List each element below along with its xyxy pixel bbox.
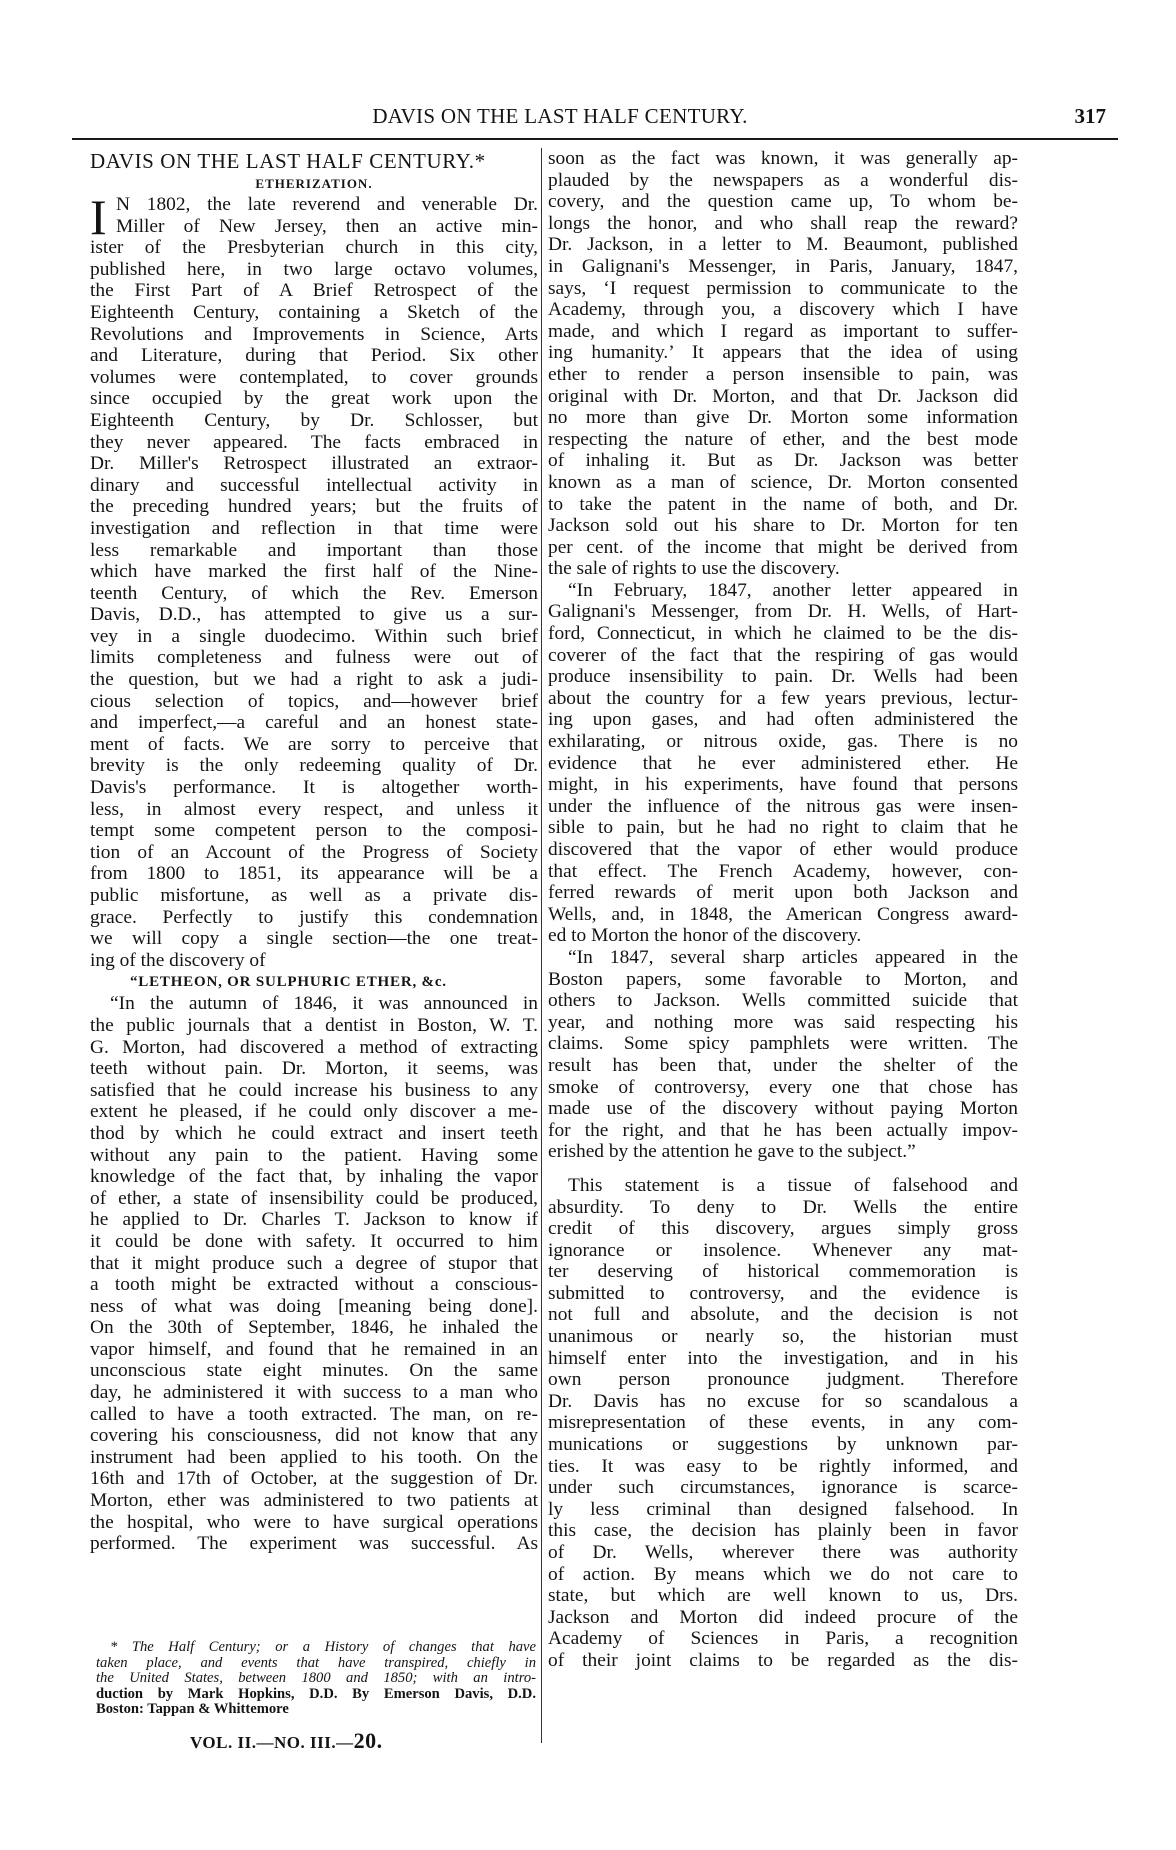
- text-line: erished by the attention he gave to the …: [548, 1141, 1018, 1163]
- text-line: no more than give Dr. Morton some inform…: [548, 407, 1018, 429]
- text-line: under the influence of the nitrous gas w…: [548, 796, 1018, 818]
- text-line: Dr. Davis has no excuse for so scandalou…: [548, 1391, 1018, 1413]
- text-line: investigation and reflection in that tim…: [90, 518, 538, 540]
- text-line: unanimous or nearly so, the historian mu…: [548, 1326, 1018, 1348]
- footnote: * The Half Century; or a History of chan…: [96, 1640, 536, 1718]
- text-line: they never appeared. The facts embraced …: [90, 432, 538, 454]
- text-line: per cent. of the income that might be de…: [548, 537, 1018, 559]
- quoted-paragraph-1847: “In 1847, several sharp articles appeare…: [548, 947, 1018, 1163]
- text-line: On the 30th of September, 1846, he inhal…: [90, 1317, 538, 1339]
- text-line: sible to pain, but he had no right to cl…: [548, 817, 1018, 839]
- intro-paragraph: ister of the Presbyterian church in this…: [90, 237, 538, 971]
- text-line: discovered that the vapor of ether would…: [548, 839, 1018, 861]
- text-line: year, and nothing more was said respecti…: [548, 1012, 1018, 1034]
- text-line: volumes were contemplated, to cover grou…: [90, 367, 538, 389]
- text-line: ter deserving of historical commemoratio…: [548, 1261, 1018, 1283]
- text-line: “In 1847, several sharp articles appeare…: [548, 947, 1018, 969]
- text-line: not full and absolute, and the decision …: [548, 1304, 1018, 1326]
- text-line: covering his consciousness, did not know…: [90, 1425, 538, 1447]
- spacer: [548, 1163, 1018, 1175]
- text-line: smoke of controversy, every one that cho…: [548, 1077, 1018, 1099]
- footnote-line: duction by Mark Hopkins, D.D. By Emerson…: [96, 1687, 536, 1703]
- text-line: of Dr. Wells, wherever there was authori…: [548, 1542, 1018, 1564]
- text-line: vey in a single duodecimo. Within such b…: [90, 626, 538, 648]
- text-line: ness of what was doing [meaning being do…: [90, 1296, 538, 1318]
- text-line: the sale of rights to use the discovery.: [548, 558, 1018, 580]
- text-line: satisfied that he could increase his bus…: [90, 1080, 538, 1102]
- running-title: DAVIS ON THE LAST HALF CENTURY.: [60, 104, 1060, 129]
- text-line: covery, and the question came up, To who…: [548, 191, 1018, 213]
- text-line: 16th and 17th of October, at the suggest…: [90, 1468, 538, 1490]
- text-line: respecting the nature of ether, and the …: [548, 429, 1018, 451]
- text-line: ing of the discovery of: [90, 950, 538, 972]
- text-line: day, he administered it with success to …: [90, 1382, 538, 1404]
- text-line: since occupied by the great work upon th…: [90, 388, 538, 410]
- quoted-section-heading: “LETHEON, OR SULPHURIC ETHER, &c.: [90, 971, 538, 993]
- text-line: ties. It was easy to be rightly informed…: [548, 1456, 1018, 1478]
- text-line: and Literature, during that Period. Six …: [90, 345, 538, 367]
- header-rule: [72, 138, 1118, 140]
- text-line: ether to render a person insensible to p…: [548, 364, 1018, 386]
- footnote-line: taken place, and events that have transp…: [96, 1656, 536, 1672]
- text-line: teeth without pain. Dr. Morton, it seems…: [90, 1058, 538, 1080]
- text-line: ed to Morton the honor of the discovery.: [548, 925, 1018, 947]
- text-line: made use of the discovery without paying…: [548, 1098, 1018, 1120]
- text-line: might, in his experiments, have found th…: [548, 774, 1018, 796]
- text-line: longs the honor, and who shall reap the …: [548, 213, 1018, 235]
- text-line: Boston papers, some favorable to Morton,…: [548, 969, 1018, 991]
- text-line: the preceding hundred years; but the fru…: [90, 496, 538, 518]
- text-line: published here, in two large octavo volu…: [90, 259, 538, 281]
- text-line: the public journals that a dentist in Bo…: [90, 1015, 538, 1037]
- text-line: himself enter into the investigation, an…: [548, 1348, 1018, 1370]
- text-line: This statement is a tissue of falsehood …: [548, 1175, 1018, 1197]
- text-line: under such circumstances, ignorance is s…: [548, 1477, 1018, 1499]
- page-number: 317: [1075, 104, 1107, 129]
- text-line: soon as the fact was known, it was gener…: [548, 148, 1018, 170]
- text-line: that it might produce such a degree of s…: [90, 1253, 538, 1275]
- text-line: cious selection of topics, and—however b…: [90, 691, 538, 713]
- text-line: says, ‘I request permission to communica…: [548, 278, 1018, 300]
- text-line: in Galignani's Messenger, in Paris, Janu…: [548, 256, 1018, 278]
- text-line: this case, the decision has plainly been…: [548, 1520, 1018, 1542]
- text-line: he applied to Dr. Charles T. Jackson to …: [90, 1209, 538, 1231]
- text-line: ly less criminal than designed falsehood…: [548, 1499, 1018, 1521]
- text-line: ister of the Presbyterian church in this…: [90, 237, 538, 259]
- text-line: we will copy a single section—the one tr…: [90, 928, 538, 950]
- text-line: that effect. The French Academy, however…: [548, 861, 1018, 883]
- footnote-line: Boston: Tappan & Whittemore: [96, 1702, 536, 1718]
- text-line: ing upon gases, and had often administer…: [548, 709, 1018, 731]
- text-line: grace. Perfectly to justify this condemn…: [90, 907, 538, 929]
- quoted-passage: “In the autumn of 1846, it was announced…: [90, 993, 538, 1554]
- text-line: for the right, and that he has been actu…: [548, 1120, 1018, 1142]
- text-line: Wells, and, in 1848, the American Congre…: [548, 904, 1018, 926]
- section-heading: ETHERIZATION.: [90, 174, 538, 194]
- text-line: brevity is the only redeeming quality of…: [90, 755, 538, 777]
- text-line: Academy, through you, a discovery which …: [548, 299, 1018, 321]
- text-line: Eighteenth Century, by Dr. Schlosser, bu…: [90, 410, 538, 432]
- text-line: evidence that he ever administered ether…: [548, 753, 1018, 775]
- text-line: thod by which he could extract and inser…: [90, 1123, 538, 1145]
- text-line: exhilarating, or nitrous oxide, gas. The…: [548, 731, 1018, 753]
- signature-sheet: 20.: [354, 1728, 383, 1753]
- text-line: performed. The experiment was successful…: [90, 1533, 538, 1555]
- text-line: Davis, D.D., has attempted to give us a …: [90, 604, 538, 626]
- text-line: extent he pleased, if he could only disc…: [90, 1101, 538, 1123]
- text-line: of ether, a state of insensibility could…: [90, 1188, 538, 1210]
- text-line: misrepresentation of these events, in an…: [548, 1412, 1018, 1434]
- text-line: ignorance or insolence. Whenever any mat…: [548, 1240, 1018, 1262]
- text-line: ford, Connecticut, in which he claimed t…: [548, 623, 1018, 645]
- text-line: dinary and successful intellectual activ…: [90, 475, 538, 497]
- text-line: Morton, ether was administered to two pa…: [90, 1490, 538, 1512]
- dropcap-letter: I: [90, 196, 107, 238]
- text-line: known as a man of science, Dr. Morton co…: [548, 472, 1018, 494]
- text-line: G. Morton, had discovered a method of ex…: [90, 1037, 538, 1059]
- text-line: less remarkable and important than those: [90, 540, 538, 562]
- text-line: of inhaling it. But as Dr. Jackson was b…: [548, 450, 1018, 472]
- text-line: tion of an Account of the Progress of So…: [90, 842, 538, 864]
- text-line: tempt some competent person to the compo…: [90, 820, 538, 842]
- text-line: “In the autumn of 1846, it was announced…: [90, 993, 538, 1015]
- text-line: coverer of the fact that the respiring o…: [548, 645, 1018, 667]
- text-line: the question, but we had a right to ask …: [90, 669, 538, 691]
- text-line: Jackson and Morton did indeed procure of…: [548, 1607, 1018, 1629]
- text-line: produce insensibility to pain. Dr. Wells…: [548, 666, 1018, 688]
- text-line: limits completeness and fulness were out…: [90, 647, 538, 669]
- text-line: to take the patent in the name of both, …: [548, 494, 1018, 516]
- signature-prefix: VOL. II.—NO. III.—: [190, 1733, 354, 1752]
- text-line: about the country for a few years previo…: [548, 688, 1018, 710]
- commentary-paragraph: This statement is a tissue of falsehood …: [548, 1175, 1018, 1672]
- text-line: Davis's performance. It is altogether wo…: [90, 777, 538, 799]
- text-line: from 1800 to 1851, its appearance will b…: [90, 863, 538, 885]
- text-line: result has been that, under the shelter …: [548, 1055, 1018, 1077]
- text-line: called to have a tooth extracted. The ma…: [90, 1404, 538, 1426]
- text-line: which have marked the first half of the …: [90, 561, 538, 583]
- text-line: submitted to controversy, and the eviden…: [548, 1283, 1018, 1305]
- text-line: Eighteenth Century, containing a Sketch …: [90, 302, 538, 324]
- running-head: DAVIS ON THE LAST HALF CENTURY. 317: [60, 104, 1120, 134]
- left-column: DAVIS ON THE LAST HALF CENTURY.* ETHERIZ…: [90, 148, 538, 1555]
- text-line: own person pronounce judgment. Therefore: [548, 1369, 1018, 1391]
- text-line: claims. Some spicy pamphlets were writte…: [548, 1033, 1018, 1055]
- text-line: the First Part of A Brief Retrospect of …: [90, 280, 538, 302]
- text-line: Dr. Miller's Retrospect illustrated an e…: [90, 453, 538, 475]
- dropcap-paragraph: I N 1802, the late reverend and venerabl…: [90, 194, 538, 237]
- footnote-line: the United States, between 1800 and 1850…: [96, 1671, 536, 1687]
- text-line: less, in almost every respect, and unles…: [90, 799, 538, 821]
- text-line: N 1802, the late reverend and venerable …: [90, 194, 538, 216]
- text-line: the hospital, who were to have surgical …: [90, 1512, 538, 1534]
- signature-mark: VOL. II.—NO. III.—20.: [190, 1728, 383, 1754]
- text-line: vapor himself, and found that he remaine…: [90, 1339, 538, 1361]
- text-line: Dr. Jackson, in a letter to M. Beaumont,…: [548, 234, 1018, 256]
- text-line: Galignani's Messenger, from Dr. H. Wells…: [548, 601, 1018, 623]
- text-line: Academy of Sciences in Paris, a recognit…: [548, 1628, 1018, 1650]
- dropcap-lines: N 1802, the late reverend and venerable …: [90, 194, 538, 237]
- text-line: Revolutions and Improvements in Science,…: [90, 324, 538, 346]
- quoted-passage-continued: soon as the fact was known, it was gener…: [548, 148, 1018, 580]
- text-line: original with Dr. Morton, and that Dr. J…: [548, 386, 1018, 408]
- text-line: plauded by the newspapers as a wonderful…: [548, 170, 1018, 192]
- text-line: made, and which I regard as important to…: [548, 321, 1018, 343]
- text-line: of action. By means which we do not care…: [548, 1564, 1018, 1586]
- text-line: “In February, 1847, another letter appea…: [548, 580, 1018, 602]
- text-line: of their joint claims to be regarded as …: [548, 1650, 1018, 1672]
- right-column: soon as the fact was known, it was gener…: [548, 148, 1018, 1672]
- text-line: without any pain to the patient. Having …: [90, 1145, 538, 1167]
- text-line: state, but which are well known to us, D…: [548, 1585, 1018, 1607]
- text-line: Jackson sold out his share to Dr. Morton…: [548, 515, 1018, 537]
- text-line: and imperfect,—a careful and an honest s…: [90, 712, 538, 734]
- text-line: unconscious state eight minutes. On the …: [90, 1360, 538, 1382]
- footnote-line: * The Half Century; or a History of chan…: [96, 1640, 536, 1656]
- text-line: absurdity. To deny to Dr. Wells the enti…: [548, 1197, 1018, 1219]
- text-line: munications or suggestions by unknown pa…: [548, 1434, 1018, 1456]
- text-line: it could be done with safety. It occurre…: [90, 1231, 538, 1253]
- article-title: DAVIS ON THE LAST HALF CENTURY.*: [90, 148, 538, 174]
- text-line: ferred rewards of merit upon both Jackso…: [548, 882, 1018, 904]
- text-line: others to Jackson. Wells committed suici…: [548, 990, 1018, 1012]
- text-line: knowledge of the fact that, by inhaling …: [90, 1166, 538, 1188]
- text-line: ment of facts. We are sorry to perceive …: [90, 734, 538, 756]
- text-line: teenth Century, of which the Rev. Emerso…: [90, 583, 538, 605]
- quoted-paragraph-february: “In February, 1847, another letter appea…: [548, 580, 1018, 947]
- text-line: credit of this discovery, argues simply …: [548, 1218, 1018, 1240]
- text-line: public misfortune, as well as a private …: [90, 885, 538, 907]
- text-line: Miller of New Jersey, then an active min…: [90, 216, 538, 238]
- text-line: instrument had been applied to his tooth…: [90, 1447, 538, 1469]
- text-line: ing humanity.’ It appears that the idea …: [548, 342, 1018, 364]
- text-line: a tooth might be extracted without a con…: [90, 1274, 538, 1296]
- column-divider: [541, 148, 542, 1743]
